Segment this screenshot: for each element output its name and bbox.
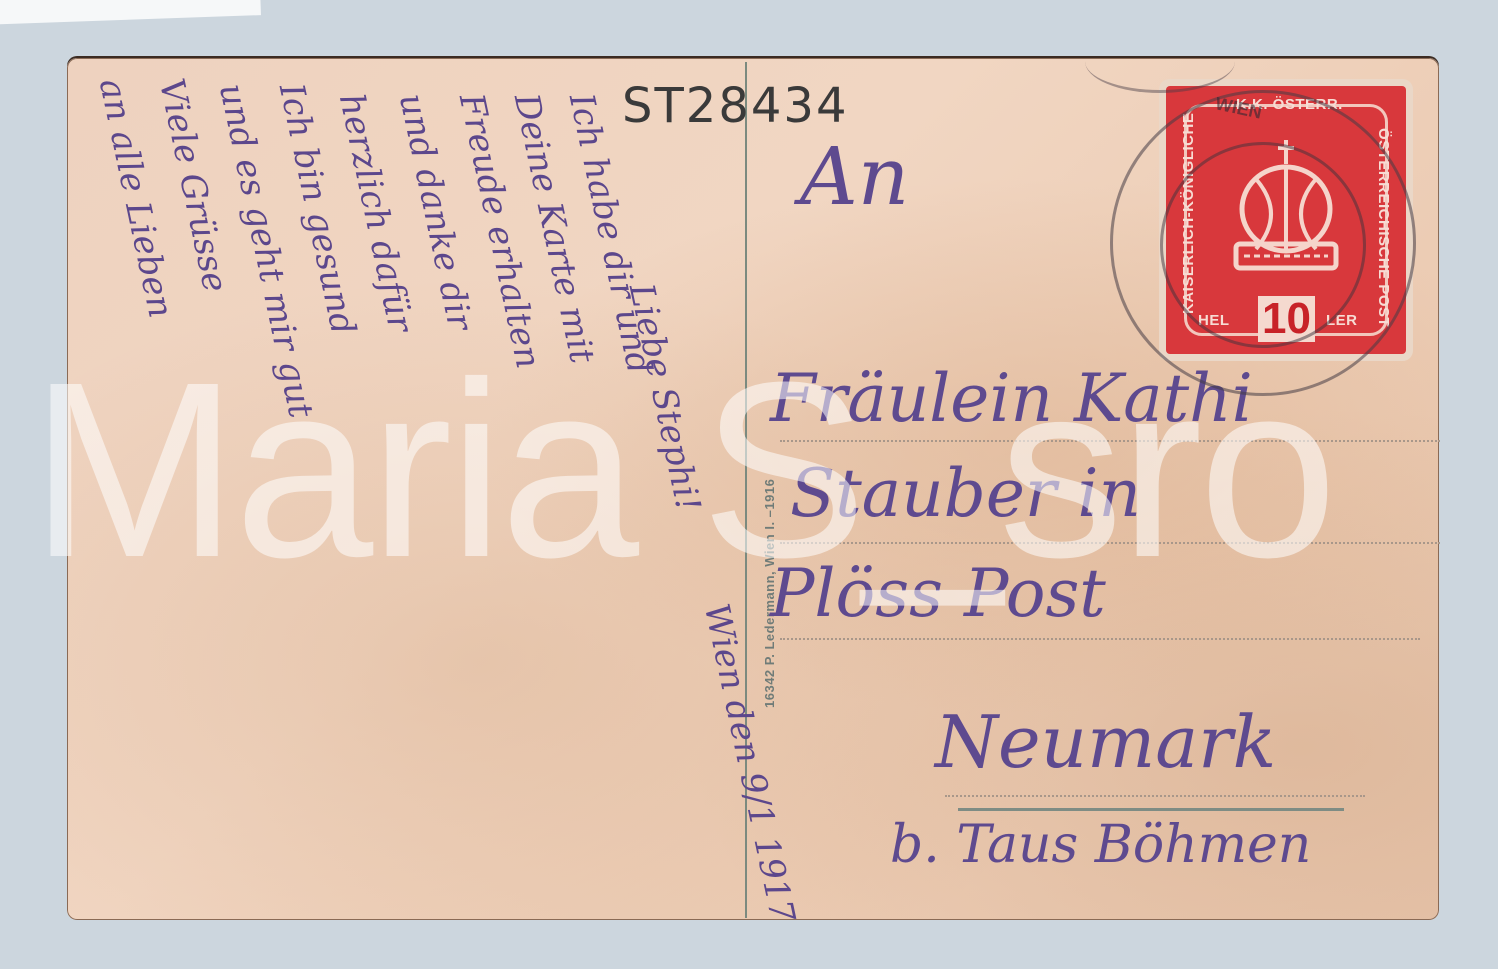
- postmark-inner-ring: [1160, 142, 1366, 348]
- address-line-4: Neumark: [935, 700, 1276, 784]
- inventory-number: ST28434: [622, 78, 848, 134]
- address-dotted-line: [780, 638, 1420, 640]
- watermark: Maria S_sro: [30, 345, 1470, 595]
- address-salutation: An: [800, 130, 909, 223]
- address-line-5: b. Taus Böhmen: [890, 815, 1311, 875]
- address-dotted-line: [945, 795, 1365, 797]
- address-underline: [958, 808, 1344, 811]
- background-paper-sheet: [0, 0, 261, 25]
- partial-postmark: [1085, 30, 1235, 93]
